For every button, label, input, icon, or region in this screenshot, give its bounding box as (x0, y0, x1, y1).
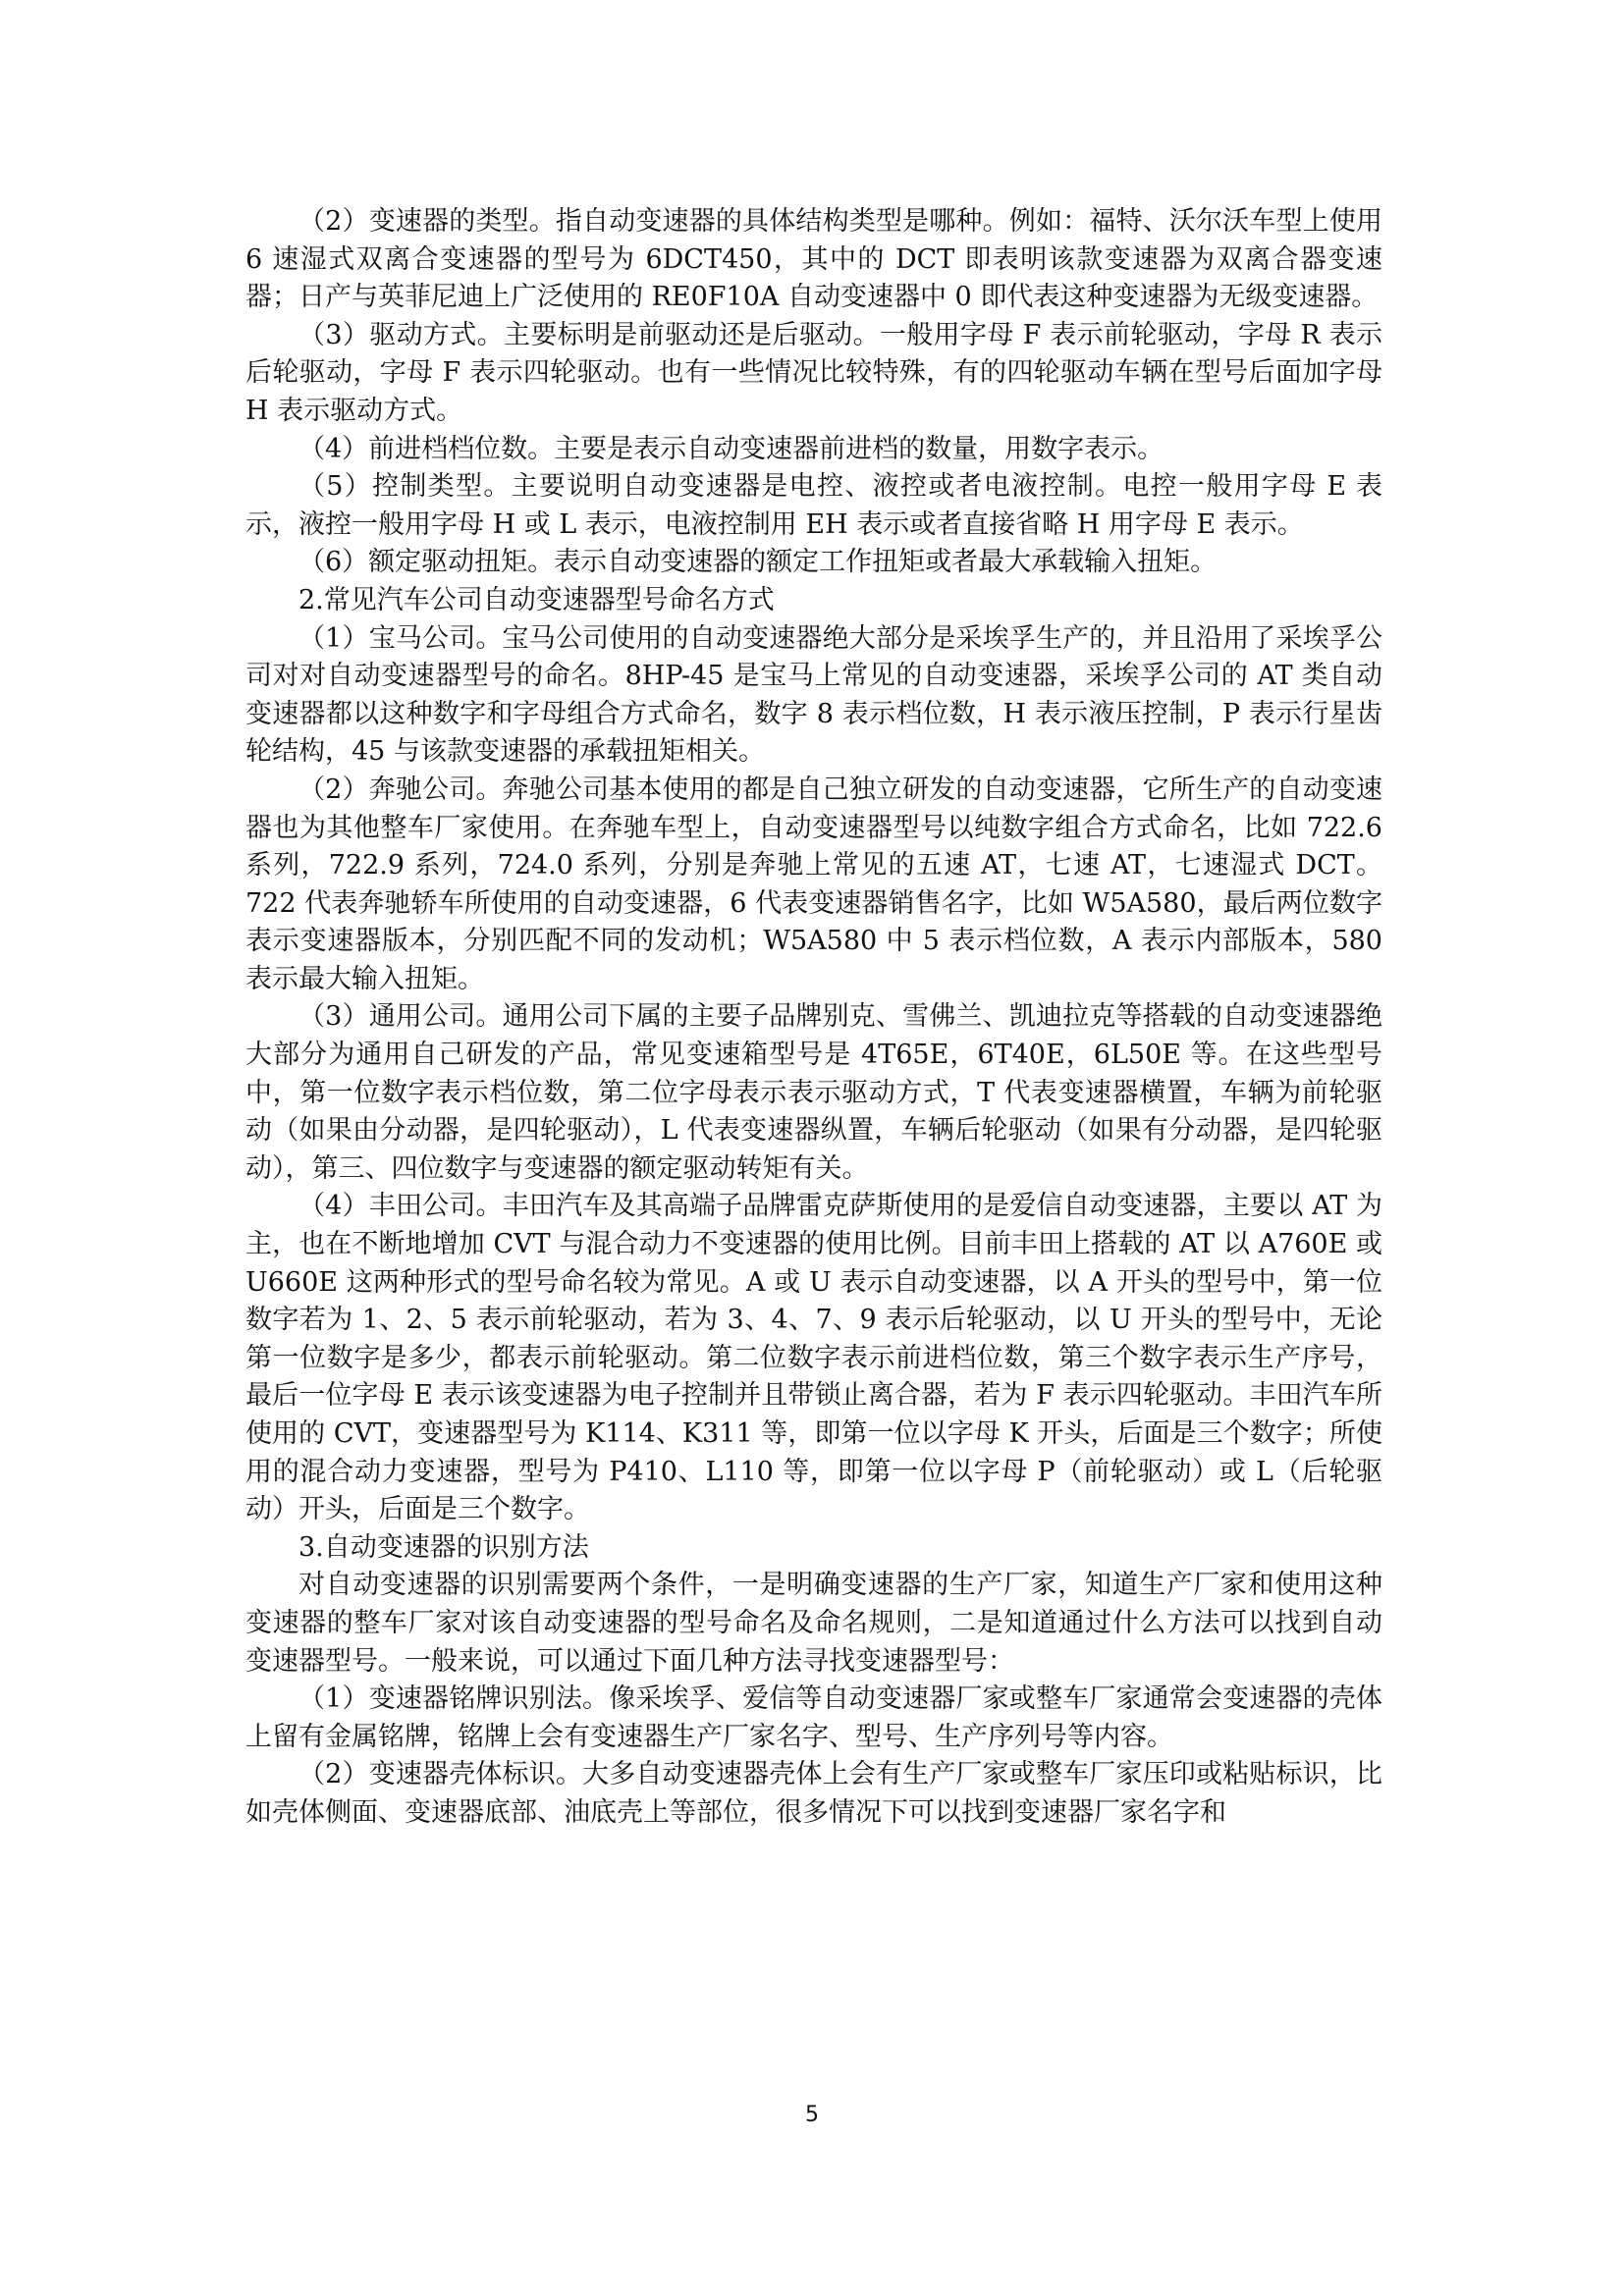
paragraph-toyota: （4）丰田公司。丰田汽车及其高端子品牌雷克萨斯使用的是爱信自动变速器，主要以 A… (245, 1188, 1382, 1528)
paragraph-rated-torque: （6）额定驱动扭矩。表示自动变速器的额定工作扭矩或者最大承载输入扭矩。 (245, 544, 1382, 582)
page-number: 5 (0, 2103, 1624, 2127)
section-heading-naming-methods: 2.常见汽车公司自动变速器型号命名方式 (245, 582, 1382, 620)
paragraph-housing-marking: （2）变速器壳体标识。大多自动变速器壳体上会有生产厂家或整车厂家压印或粘贴标识，… (245, 1756, 1382, 1832)
paragraph-mercedes: （2）奔驰公司。奔驰公司基本使用的都是自己独立研发的自动变速器，它所生产的自动变… (245, 772, 1382, 999)
paragraph-gm: （3）通用公司。通用公司下属的主要子品牌别克、雪佛兰、凯迪拉克等搭载的自动变速器… (245, 998, 1382, 1188)
document-body: （2）变速器的类型。指自动变速器的具体结构类型是哪种。例如：福特、沃尔沃车型上使… (245, 203, 1382, 1833)
paragraph-drive-mode: （3）驱动方式。主要标明是前驱动还是后驱动。一般用字母 F 表示前轮驱动，字母 … (245, 317, 1382, 431)
paragraph-transmission-type: （2）变速器的类型。指自动变速器的具体结构类型是哪种。例如：福特、沃尔沃车型上使… (245, 203, 1382, 317)
paragraph-forward-gears: （4）前进档档位数。主要是表示自动变速器前进档的数量，用数字表示。 (245, 431, 1382, 469)
paragraph-identification-intro: 对自动变速器的识别需要两个条件，一是明确变速器的生产厂家，知道生产厂家和使用这种… (245, 1567, 1382, 1681)
section-heading-identification: 3.自动变速器的识别方法 (245, 1529, 1382, 1568)
paragraph-nameplate-method: （1）变速器铭牌识别法。像采埃孚、爱信等自动变速器厂家或整车厂家通常会变速器的壳… (245, 1681, 1382, 1756)
paragraph-control-type: （5）控制类型。主要说明自动变速器是电控、液控或者电液控制。电控一般用字母 E … (245, 468, 1382, 544)
paragraph-bmw: （1）宝马公司。宝马公司使用的自动变速器绝大部分是采埃孚生产的，并且沿用了采埃孚… (245, 620, 1382, 772)
